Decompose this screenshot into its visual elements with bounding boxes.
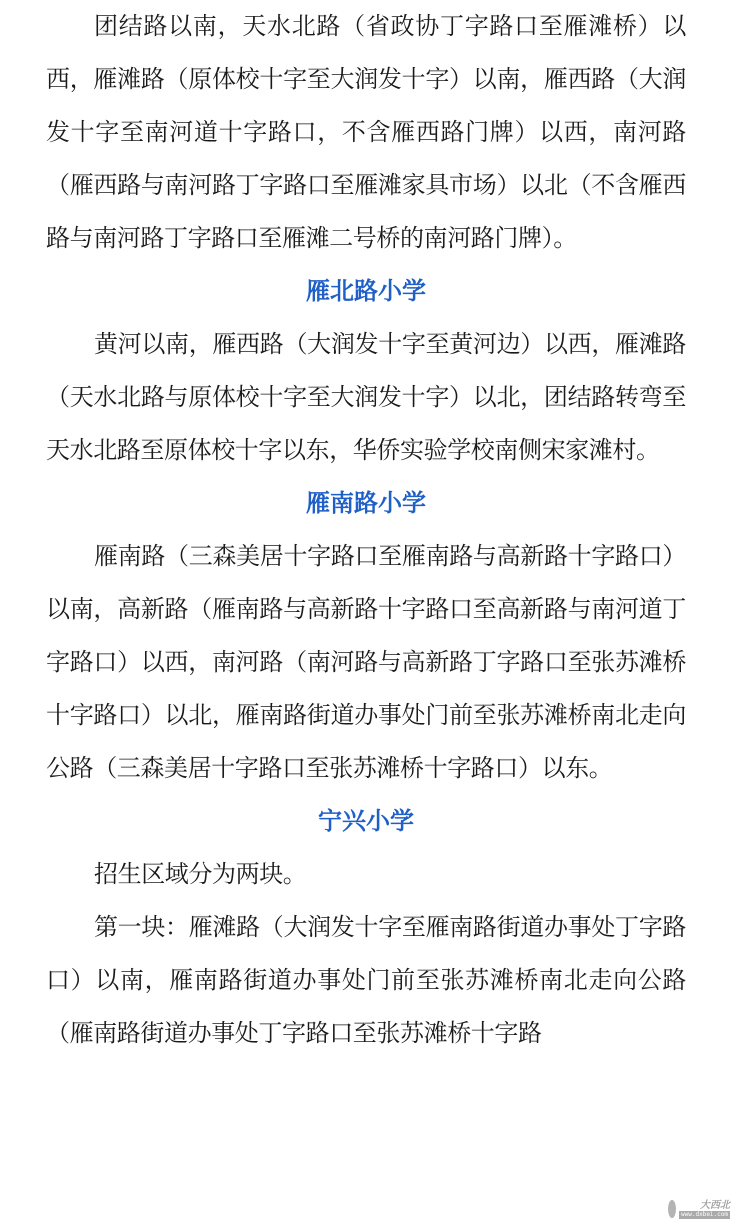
watermark: 大西北 www.dxbei.com	[668, 1197, 730, 1221]
elephant-logo-icon	[668, 1200, 676, 1218]
section-heading: 雁北路小学	[46, 265, 686, 318]
document-body: 团结路以南，天水北路（省政协丁字路口至雁滩桥）以西，雁滩路（原体校十字至大润发十…	[46, 0, 686, 1060]
paragraph: 团结路以南，天水北路（省政协丁字路口至雁滩桥）以西，雁滩路（原体校十字至大润发十…	[46, 0, 686, 265]
paragraph: 第一块：雁滩路（大润发十字至雁南路街道办事处丁字路口）以南，雁南路街道办事处门前…	[46, 901, 686, 1060]
watermark-url: www.dxbei.com	[679, 1211, 730, 1219]
paragraph: 雁南路（三森美居十字路口至雁南路与高新路十字路口）以南，高新路（雁南路与高新路十…	[46, 530, 686, 795]
section-heading: 雁南路小学	[46, 477, 686, 530]
section-heading: 宁兴小学	[46, 795, 686, 848]
paragraph: 招生区域分为两块。	[46, 848, 686, 901]
watermark-name: 大西北	[700, 1200, 730, 1211]
paragraph: 黄河以南，雁西路（大润发十字至黄河边）以西，雁滩路（天水北路与原体校十字至大润发…	[46, 318, 686, 477]
